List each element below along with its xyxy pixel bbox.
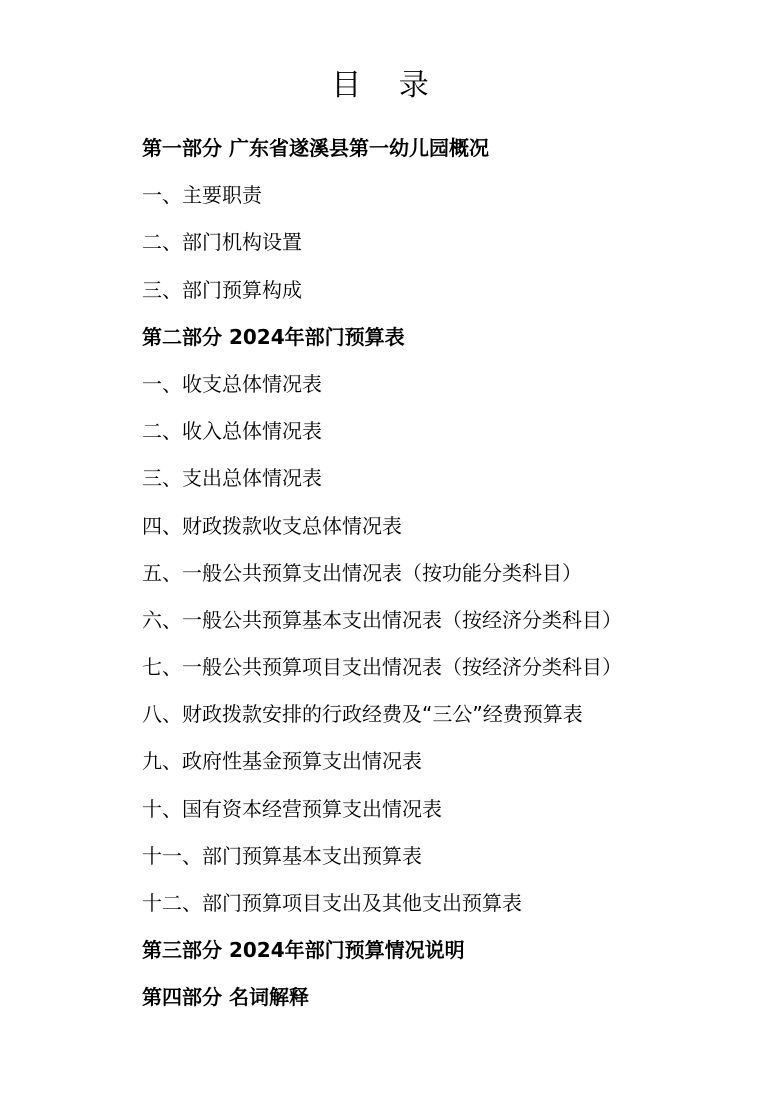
toc-item: 三、支出总体情况表 (142, 458, 622, 505)
toc-part-2: 第二部分 2024年部门预算表 (142, 317, 622, 364)
page-title: 目 录 (0, 66, 760, 106)
toc-part-3: 第三部分 2024年部门预算情况说明 (142, 930, 622, 977)
toc-item: 二、部门机构设置 (142, 222, 622, 269)
toc-item: 四、财政拨款收支总体情况表 (142, 506, 622, 553)
toc-item: 八、财政拨款安排的行政经费及“三公”经费预算表 (142, 694, 622, 741)
toc-item: 二、收入总体情况表 (142, 411, 622, 458)
toc-part-4: 第四部分 名词解释 (142, 977, 622, 1024)
toc-item: 一、收支总体情况表 (142, 364, 622, 411)
toc-part-1: 第一部分 广东省遂溪县第一幼儿园概况 (142, 128, 622, 175)
toc-item: 十二、部门预算项目支出及其他支出预算表 (142, 883, 622, 930)
toc-item: 七、一般公共预算项目支出情况表（按经济分类科目） (142, 647, 622, 694)
toc-item: 十、国有资本经营预算支出情况表 (142, 789, 622, 836)
toc-item: 十一、部门预算基本支出预算表 (142, 836, 622, 883)
toc-item: 一、主要职责 (142, 175, 622, 222)
toc-item: 九、政府性基金预算支出情况表 (142, 741, 622, 788)
toc-item: 三、部门预算构成 (142, 270, 622, 317)
toc-item: 六、一般公共预算基本支出情况表（按经济分类科目） (142, 600, 622, 647)
table-of-contents: 第一部分 广东省遂溪县第一幼儿园概况 一、主要职责 二、部门机构设置 三、部门预… (142, 128, 622, 1025)
toc-item: 五、一般公共预算支出情况表（按功能分类科目） (142, 553, 622, 600)
